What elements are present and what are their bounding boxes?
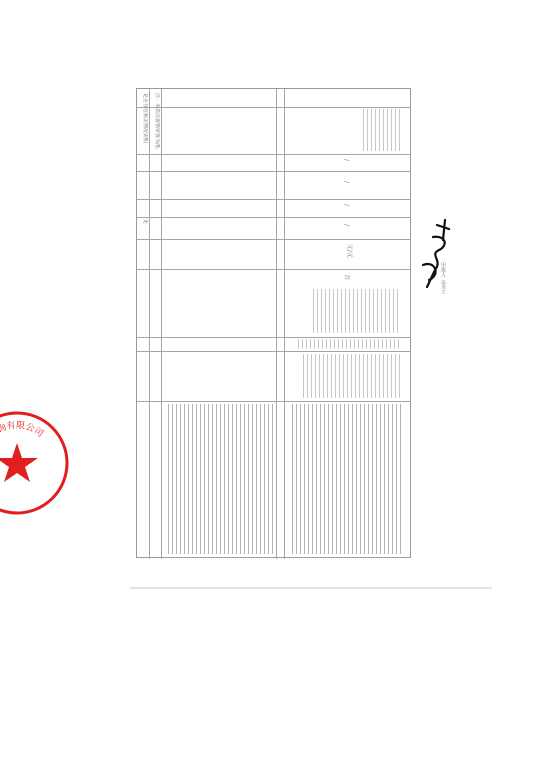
performance-details-2	[165, 404, 273, 554]
project-description	[310, 289, 400, 333]
declaration-table: / / / / 元/元 否 注：本表以资格审查为准。 是否存在相关情况说明 无	[136, 88, 411, 558]
signature-label: 申报人（签字）	[440, 262, 447, 297]
performance-details-1	[289, 404, 404, 554]
company-seal-icon: 招标咨询有限公司	[0, 408, 72, 518]
column-label	[295, 339, 400, 349]
applicant-info	[360, 109, 400, 151]
signature-icon	[415, 215, 457, 290]
responsibility-text	[300, 354, 400, 398]
svg-text:招标咨询有限公司: 招标咨询有限公司	[0, 419, 46, 455]
rotated-document: / / / / 元/元 否 注：本表以资格审查为准。 是否存在相关情况说明 无	[136, 88, 411, 558]
